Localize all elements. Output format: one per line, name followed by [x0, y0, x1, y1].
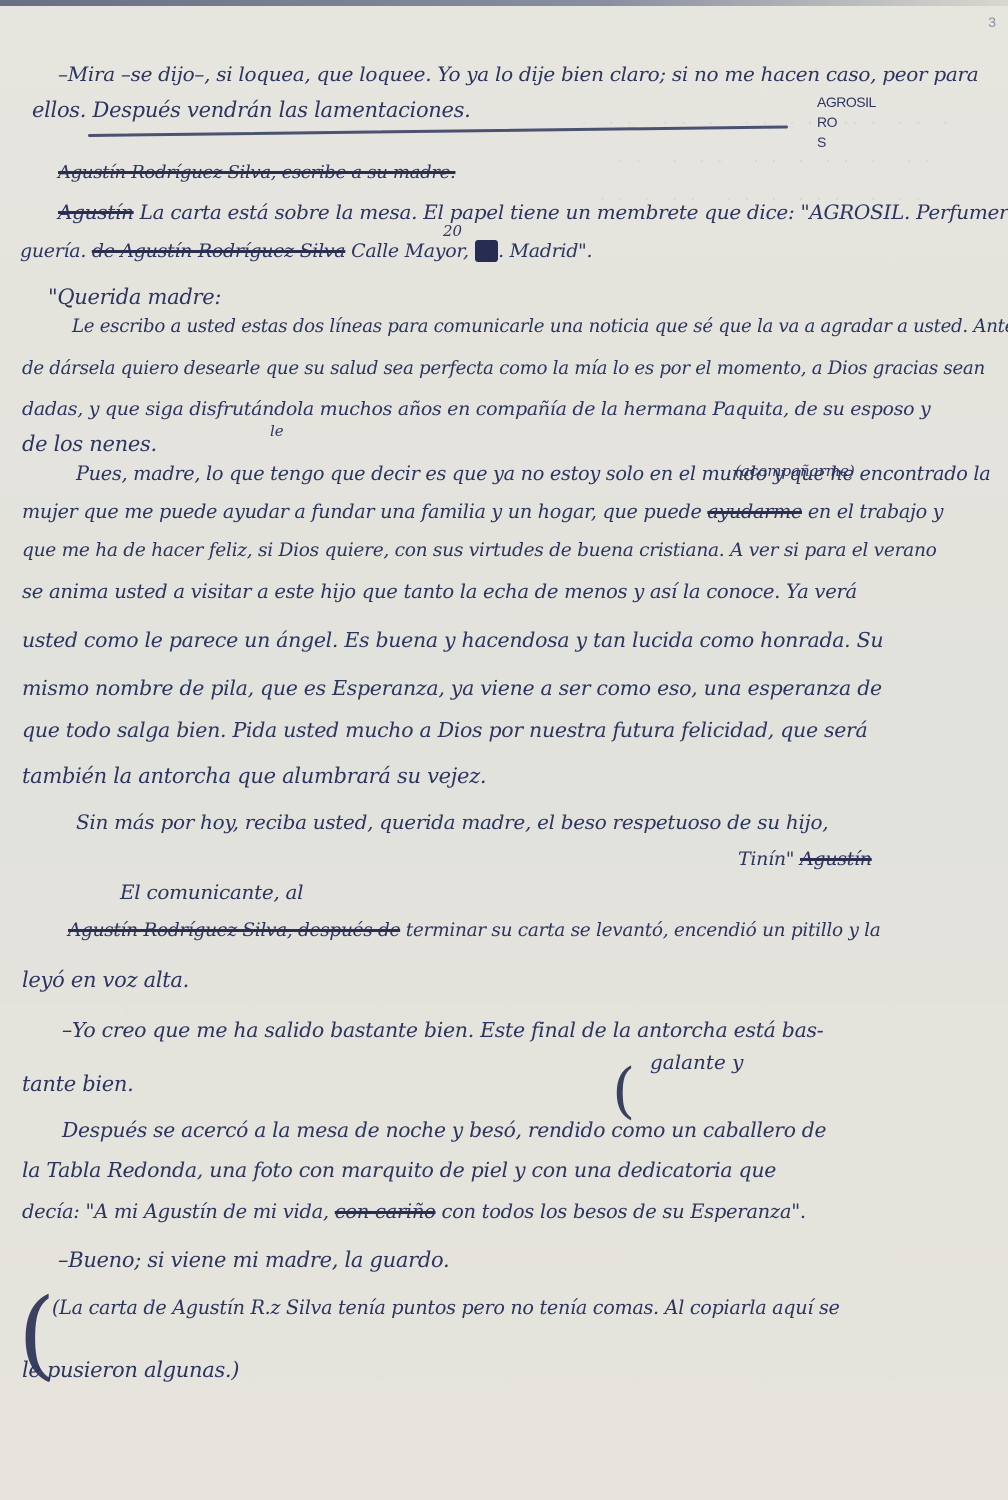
text-span: con todos los besos de su Esperanza".: [441, 1200, 805, 1223]
page-number: 3: [988, 14, 996, 30]
margin-note-line: AGROSIL: [817, 92, 876, 112]
text-line: ellos. Después vendrán las lamentaciones…: [32, 98, 471, 122]
scan-edge: [0, 0, 1008, 6]
text-span: , al: [273, 880, 303, 904]
struck-text: con cariño: [335, 1200, 436, 1223]
text-line: (La carta de Agustín R.z Silva tenía pun…: [52, 1296, 840, 1319]
ink-blot: 18: [475, 240, 499, 262]
text-span: . Madrid".: [498, 240, 592, 262]
text-line: Agustín La carta está sobre la mesa. El …: [58, 200, 1008, 224]
text-line: –Mira –se dijo–, si loquea, que loquee. …: [58, 62, 978, 86]
text-line: "Querida madre:: [48, 285, 221, 309]
text-line: que me ha de hacer feliz, si Dios quiere…: [22, 540, 937, 561]
struck-text: Agustín Rodríguez Silva, después de: [68, 920, 400, 941]
text-line: –Yo creo que me ha salido bastante bien.…: [62, 1018, 823, 1042]
text-span: terminar su carta se levantó, encendió u…: [406, 920, 881, 941]
text-line: también la antorcha que alumbrará su vej…: [22, 764, 486, 788]
text-span: Calle Mayor,: [351, 240, 469, 262]
text-line: tante bien.: [22, 1072, 134, 1096]
text-line: mismo nombre de pila, que es Esperanza, …: [22, 676, 882, 700]
text-line: decía: "A mi Agustín de mi vida, con car…: [22, 1200, 806, 1223]
text-span: decía: "A mi Agustín de mi vida,: [22, 1200, 329, 1223]
struck-text: Agustín: [58, 200, 134, 224]
text-span: La carta está sobre la mesa. El papel ti…: [140, 200, 1008, 224]
text-line: Después se acercó a la mesa de noche y b…: [62, 1118, 826, 1142]
text-line: dadas, y que siga disfrutándola muchos a…: [22, 398, 930, 420]
text-line: leyó en voz alta.: [22, 968, 189, 992]
text-span: mujer que me puede ayudar a fundar una f…: [22, 500, 702, 523]
margin-note-line: S: [817, 132, 876, 152]
text-line: usted como le parece un ángel. Es buena …: [22, 628, 883, 652]
text-line: Sin más por hoy, reciba usted, querida m…: [76, 810, 828, 834]
text-span: Tinín": [738, 848, 794, 870]
margin-note-line: RO: [817, 112, 876, 132]
insertion-note: le: [270, 422, 284, 440]
text-line: le pusieron algunas.): [22, 1358, 239, 1382]
text-line: mujer que me puede ayudar a fundar una f…: [22, 500, 943, 523]
insertion-note: 20: [443, 222, 462, 240]
insertion-bracket: (: [612, 1056, 635, 1126]
text-line: la Tabla Redonda, una foto con marquito …: [22, 1158, 776, 1182]
struck-text: de Agustín Rodríguez Silva: [92, 240, 346, 262]
text-line: que todo salga bien. Pida usted mucho a …: [22, 718, 867, 742]
text-line: guería. de Agustín Rodríguez Silva Calle…: [20, 240, 592, 262]
text-line: de los nenes.: [22, 432, 157, 456]
section-divider: [88, 125, 788, 137]
insertion-note: galante y: [650, 1050, 743, 1074]
text-line: Agustín Rodríguez Silva, después de term…: [68, 920, 881, 941]
text-span: El comunicante: [120, 880, 273, 904]
insertion-note: (acompañarme): [735, 462, 855, 480]
text-span: en el trabajo y: [808, 500, 943, 523]
insertion-note: El comunicante, al: [120, 880, 303, 904]
text-span: guería.: [20, 240, 86, 262]
text-line: de dársela quiero desearle que su salud …: [22, 358, 985, 379]
signature: Tinín" Agustín: [738, 848, 872, 870]
struck-text: Agustín: [800, 848, 872, 870]
text-line: se anima usted a visitar a este hijo que…: [22, 580, 857, 603]
text-line: Le escribo a usted estas dos líneas para…: [72, 316, 1008, 337]
text-line: –Bueno; si viene mi madre, la guardo.: [58, 1248, 449, 1272]
struck-text: Agustín Rodríguez Silva, escribe a su ma…: [58, 162, 455, 183]
struck-text: ayudarme: [707, 500, 802, 523]
manuscript-page: . . . . .. . . . . . . . . . . . . . . .…: [0, 0, 1008, 1500]
margin-note: AGROSIL RO S: [817, 92, 876, 152]
